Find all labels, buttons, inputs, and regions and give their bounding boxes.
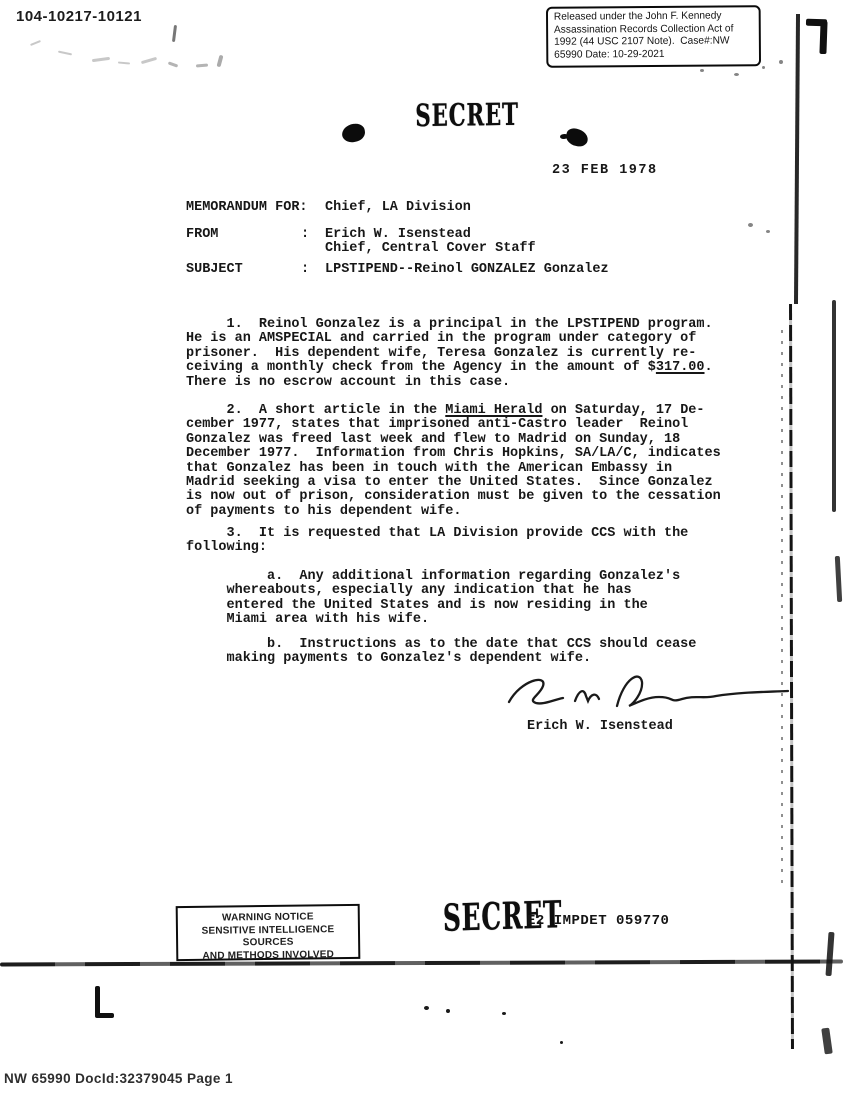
memo-subject-label: SUBJECT — [186, 263, 243, 277]
release-stamp-box: Released under the John F. KennedyAssass… — [546, 5, 761, 68]
memo-from-label: FROM — [186, 228, 218, 242]
edge-mark — [832, 300, 836, 512]
speckle-dot — [779, 60, 783, 64]
page-footer: NW 65990 DocId:32379045 Page 1 — [4, 1071, 233, 1086]
speckle-dot — [734, 73, 739, 76]
warning-notice-box: WARNING NOTICESENSITIVE INTELLIGENCE SOU… — [176, 904, 361, 961]
impdet-number: E2 IMPDET 059770 — [527, 913, 669, 929]
scanned-memo-page: 104-10217-10121 Released under the John … — [0, 0, 843, 1099]
edge-mark — [835, 556, 842, 602]
paragraph-2: 2. A short article in the Miami Herald o… — [186, 404, 721, 519]
vertical-scan-line — [789, 304, 794, 1049]
signature-handwriting — [505, 670, 790, 718]
pencil-smudge — [141, 57, 157, 64]
horizontal-scan-line — [0, 960, 843, 967]
corner-bracket-mark — [819, 21, 827, 54]
crop-mark-l — [95, 1013, 114, 1018]
pencil-smudge — [196, 63, 208, 67]
stray-dot — [560, 1041, 563, 1044]
stray-dot — [424, 1006, 429, 1010]
paragraph-3b: b. Instructions as to the date that CCS … — [186, 638, 696, 667]
pencil-smudge — [217, 55, 224, 68]
pencil-smudge — [172, 25, 177, 42]
stray-dot — [502, 1012, 506, 1015]
speckle-dot — [766, 230, 770, 233]
ink-blob — [341, 122, 366, 143]
vertical-scan-dashes — [781, 330, 783, 890]
memo-from-value: Erich W. IsensteadChief, Central Cover S… — [325, 228, 536, 257]
memo-subject-value: LPSTIPEND--Reinol GONZALEZ Gonzalez — [325, 263, 609, 277]
pencil-smudge — [92, 57, 110, 62]
pencil-smudge — [168, 61, 178, 67]
pencil-smudge — [118, 61, 130, 64]
memo-for-value: Chief, LA Division — [325, 201, 471, 215]
memo-subject-colon: : — [301, 263, 309, 277]
record-number: 104-10217-10121 — [16, 8, 142, 26]
stray-dot — [446, 1009, 450, 1013]
paragraph-1: 1. Reinol Gonzalez is a principal in the… — [186, 318, 713, 390]
vertical-scan-line — [794, 14, 800, 304]
date-stamp: 23 FEB 1978 — [552, 163, 658, 178]
memo-for-label: MEMORANDUM FOR: — [186, 201, 308, 215]
pencil-smudge — [30, 40, 41, 46]
speckle-dot — [762, 66, 765, 69]
secret-stamp-top: SECRET — [415, 98, 519, 135]
ink-blob — [564, 127, 589, 148]
memo-from-colon: : — [301, 228, 309, 242]
pencil-smudge — [58, 51, 72, 56]
edge-mark — [825, 932, 834, 976]
ink-blob — [560, 134, 568, 139]
signature-name: Erich W. Isenstead — [527, 720, 673, 734]
paragraph-3: 3. It is requested that LA Division prov… — [186, 527, 688, 556]
edge-mark — [821, 1028, 833, 1055]
speckle-dot — [700, 69, 704, 72]
paragraph-3a: a. Any additional information regarding … — [186, 570, 680, 628]
speckle-dot — [748, 223, 753, 227]
